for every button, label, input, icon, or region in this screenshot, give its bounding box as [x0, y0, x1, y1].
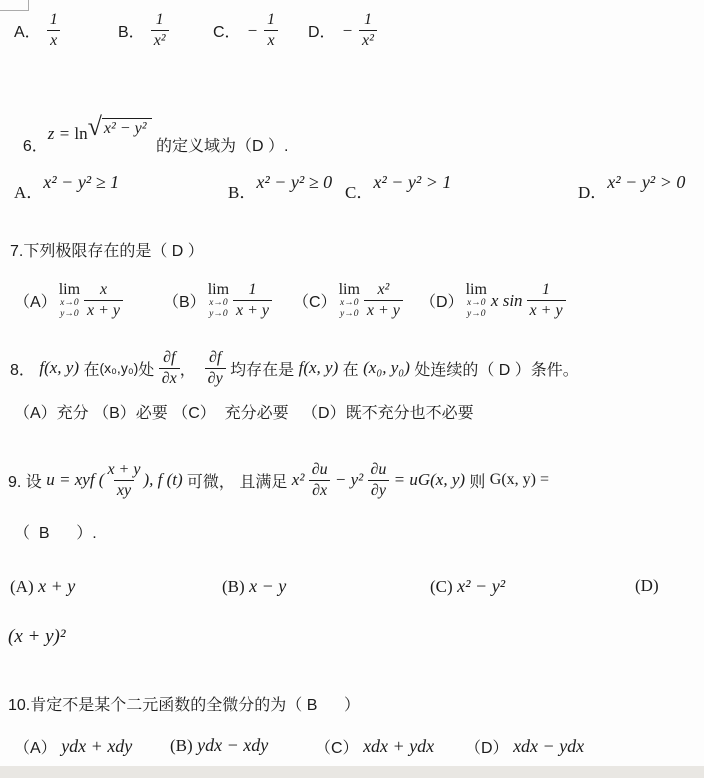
option-d-value: x² − y² > 0 — [607, 172, 685, 193]
q7-option-b: （B） limx→0y→0 1x + y — [163, 280, 272, 321]
lim-sub-x: x→0 — [60, 299, 78, 309]
q6-formula: z = ln√x² − y² — [48, 126, 152, 143]
partial-du-dx: ∂u∂x — [309, 460, 331, 501]
radicand: x² − y² — [102, 118, 152, 138]
option-a-label: （A） — [14, 289, 57, 312]
fraction: 1x² — [151, 10, 169, 51]
q5-option-a: A． 1x — [14, 10, 67, 51]
fraction: 1x + y — [527, 280, 566, 321]
option-a-value: ydx + xdy — [57, 736, 133, 757]
fraction-numerator: 1 — [361, 10, 375, 30]
option-b-label: B． — [228, 178, 256, 203]
option-c-label: C． — [213, 19, 241, 42]
question9-answer-line: （ B ）. — [14, 520, 97, 543]
lim-sub-x: x→0 — [340, 299, 358, 309]
option-c-value: x² − y² — [453, 576, 505, 597]
pre-term: x sin — [491, 291, 523, 311]
option-d-label: D． — [578, 178, 607, 203]
stem-text: 在 — [338, 357, 363, 380]
q5-option-b: B． 1x² — [118, 10, 175, 51]
option-b-value: x − y — [245, 576, 287, 597]
fraction-numerator: x — [97, 280, 110, 300]
fraction-numerator: ∂f — [160, 348, 178, 368]
q6-option-c: C．x² − y² > 1 — [345, 178, 451, 203]
option-d-label: D． — [308, 19, 336, 42]
question5-options-row: A． 1x B． 1x² C． − 1x D． − 1x² — [0, 10, 704, 66]
option-a-label: A． — [14, 178, 43, 203]
radical-sign: √ — [88, 114, 102, 140]
option-b-label: B． — [118, 19, 145, 42]
q6-option-b: B．x² − y² ≥ 0 — [228, 178, 332, 203]
option-b-value: ydx − xdy — [193, 735, 269, 756]
minus-y-squared: − y² — [331, 470, 368, 490]
question7-options-row: （A） limx→0y→0 xx + y （B） limx→0y→0 1x + … — [0, 280, 704, 336]
q9-option-b: (B) x − y — [222, 576, 286, 597]
option-c-value: xdx + ydx — [359, 736, 435, 757]
question-number: 6． — [23, 138, 48, 155]
ln-function: ln — [74, 124, 87, 143]
point-x0y0: (x₀, y₀) — [363, 358, 410, 378]
fraction-numerator: 1 — [47, 10, 61, 30]
q10-option-c: （C） xdx + ydx — [315, 735, 434, 758]
option-b-label: (B) — [170, 736, 193, 756]
stem-text: 可微， 且满足 — [187, 469, 292, 492]
lim-sub-x: x→0 — [467, 299, 485, 309]
fraction-denominator: ∂x — [309, 480, 330, 501]
comma: ， — [180, 357, 205, 380]
lim-word: lim — [339, 282, 360, 298]
q7-option-a: （A） limx→0y→0 xx + y — [14, 280, 123, 321]
ft-differentiable: ), f (t) — [143, 470, 186, 490]
fraction-denominator: x² — [359, 30, 377, 51]
option-d-value: xdx − ydx — [509, 736, 585, 757]
question-number: 9. 设 — [8, 469, 46, 492]
fraction-numerator: ∂u — [309, 460, 331, 480]
fraction: 1x + y — [233, 280, 272, 321]
question6-stem: 6．z = ln√x² − y² 的定义域为（D ）. — [14, 112, 288, 156]
q10-option-a: （A） ydx + xdy — [14, 735, 132, 758]
limit-symbol: limx→0y→0 — [59, 282, 80, 319]
question8-options-line: （A）充分 （B）必要 （C） 充分必要 （D）既不充分也不必要 — [14, 400, 474, 423]
stem-text: 均存在是 — [226, 357, 299, 380]
lim-word: lim — [208, 282, 229, 298]
option-a-label: A． — [14, 19, 41, 42]
limit-symbol: limx→0y→0 — [466, 282, 487, 319]
fraction-denominator: x + y — [233, 300, 272, 321]
fraction: 1x² — [359, 10, 377, 51]
question9-stem: 9. 设 u = xyf (x + yxy), f (t) 可微， 且满足 x²… — [8, 452, 549, 508]
square-root: √x² − y² — [88, 118, 152, 144]
fraction: 1x — [47, 10, 61, 51]
fraction-numerator: 1 — [153, 10, 167, 30]
stem-text: 则 — [469, 469, 489, 492]
fraction: xx + y — [84, 280, 123, 321]
option-a-label: (A) — [10, 577, 34, 597]
q5-option-d: D． − 1x² — [308, 10, 383, 51]
question-number: 8． — [10, 357, 39, 380]
fraction-numerator: x + y — [104, 460, 143, 480]
option-d-label: （D） — [420, 289, 464, 312]
q7-option-c: （C） limx→0y→0 x²x + y — [293, 280, 403, 321]
fraction-denominator: x² — [151, 30, 169, 51]
minus-sign: − — [342, 21, 353, 41]
partial-df-dy: ∂f∂y — [205, 348, 226, 389]
fraction-denominator: xy — [114, 480, 134, 501]
f-xy: f(x, y) — [39, 358, 79, 378]
q6-option-a: A．x² − y² ≥ 1 — [14, 178, 119, 203]
partial-du-dy: ∂u∂y — [367, 460, 389, 501]
fraction-numerator: ∂f — [206, 348, 224, 368]
q6-stem-text: 的定义域为（D ）. — [152, 138, 289, 155]
q5-option-c: C． − 1x — [213, 10, 284, 51]
partial-df-dx: ∂f∂x — [159, 348, 180, 389]
fraction-numerator: x² — [374, 280, 392, 300]
option-d-label: (D) — [635, 576, 659, 596]
lim-sub-y: y→0 — [209, 310, 227, 320]
option-a-value: x² − y² ≥ 1 — [43, 172, 119, 193]
q9-option-d: (D) — [635, 576, 659, 596]
stem-text: 在 — [79, 357, 99, 380]
q9-option-a: (A) x + y — [10, 576, 75, 597]
limit-symbol: limx→0y→0 — [208, 282, 229, 319]
q10-option-d: （D） xdx − ydx — [465, 735, 584, 758]
q9-option-c: (C) x² − y² — [430, 576, 505, 597]
fraction-numerator: 1 — [539, 280, 553, 300]
question6-options-row: A．x² − y² ≥ 1 B．x² − y² ≥ 0 C．x² − y² > … — [0, 178, 704, 228]
option-b-label: （B） — [163, 289, 206, 312]
fraction-denominator: x + y — [364, 300, 403, 321]
limit-symbol: limx→0y→0 — [339, 282, 360, 319]
fraction-numerator: 1 — [246, 280, 260, 300]
point-x0y0: (x₀,y₀) — [99, 360, 138, 376]
fraction-numerator: ∂u — [367, 460, 389, 480]
fraction: 1x — [264, 10, 278, 51]
option-c-label: （C） — [293, 289, 337, 312]
lim-word: lim — [466, 282, 487, 298]
G-xy-equals: G(x, y) = — [490, 471, 549, 489]
option-c-value: x² − y² > 1 — [373, 172, 451, 193]
fraction-numerator: 1 — [264, 10, 278, 30]
q10-option-b: (B) ydx − xdy — [170, 735, 268, 756]
fraction-denominator: ∂y — [368, 480, 389, 501]
lim-sub-y: y→0 — [60, 310, 78, 320]
question10-options-row: （A） ydx + xdy (B) ydx − xdy （C） xdx + yd… — [0, 735, 704, 765]
question8-stem: 8． f(x, y) 在(x₀,y₀)处 ∂f∂x， ∂f∂y 均存在是 f(x… — [10, 344, 579, 392]
f-xy: f(x, y) — [299, 358, 339, 378]
option-b-value: x² − y² ≥ 0 — [256, 172, 332, 193]
minus-sign: − — [247, 21, 258, 41]
question10-stem: 10.肯定不是某个二元函数的全微分的为（ B ） — [8, 692, 360, 715]
option-c-label: C． — [345, 178, 373, 203]
stem-text: 处连续的（ D ）条件。 — [410, 357, 579, 380]
question9-options-row: (A) x + y (B) x − y (C) x² − y² (D) — [0, 576, 704, 616]
page-bottom-edge-bar — [0, 766, 704, 778]
option-b-label: (B) — [222, 577, 245, 597]
q6-option-d: D．x² − y² > 0 — [578, 178, 685, 203]
question7-stem: 7.下列极限存在的是（ D ） — [10, 238, 204, 261]
lim-sub-y: y→0 — [340, 310, 358, 320]
option-c-label: （C） — [315, 735, 359, 758]
q9-option-d-overflow-value: (x + y)² — [8, 626, 66, 648]
fraction: x²x + y — [364, 280, 403, 321]
option-a-label: （A） — [14, 735, 57, 758]
fraction-xy: x + yxy — [104, 460, 143, 501]
lim-sub-x: x→0 — [209, 299, 227, 309]
q7-option-d: （D） limx→0y→0 x sin 1x + y — [420, 280, 566, 321]
option-a-value: x + y — [34, 576, 76, 597]
option-c-label: (C) — [430, 577, 453, 597]
fraction-denominator: x — [264, 30, 277, 51]
fraction-denominator: ∂x — [159, 368, 180, 389]
fraction-denominator: x + y — [84, 300, 123, 321]
x-squared: x² — [292, 470, 309, 490]
fraction-denominator: x — [47, 30, 60, 51]
lim-word: lim — [59, 282, 80, 298]
fraction-denominator: x + y — [527, 300, 566, 321]
lim-sub-y: y→0 — [467, 310, 485, 320]
fraction-denominator: ∂y — [205, 368, 226, 389]
equals-uG: = uG(x, y) — [389, 470, 469, 490]
formula-lhs: z = — [48, 124, 75, 143]
u-equals: u = xyf ( — [46, 470, 104, 490]
stem-text: 处 — [138, 357, 158, 380]
option-d-label: （D） — [465, 735, 509, 758]
